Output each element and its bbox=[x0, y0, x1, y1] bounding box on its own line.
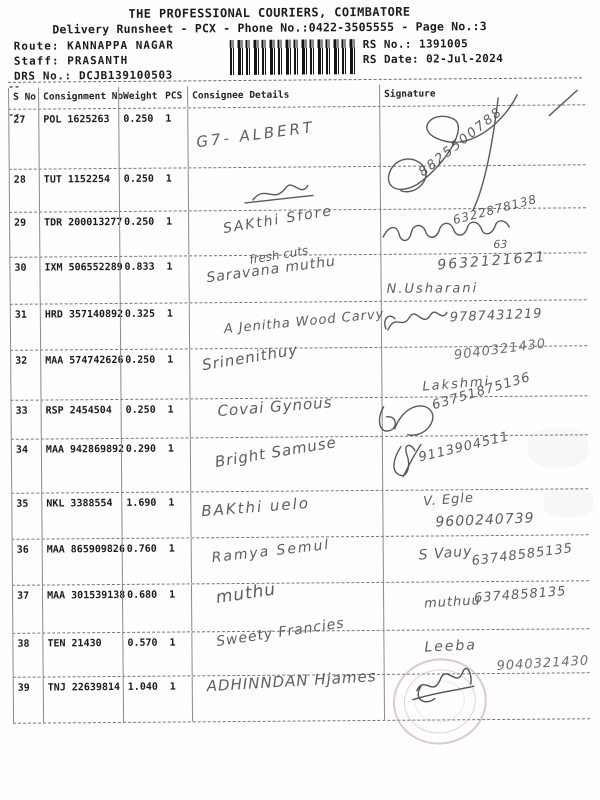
cell-s-no: 30 bbox=[9, 258, 39, 304]
table-row: 28 TUT 1152254 0.250 1 bbox=[9, 165, 586, 213]
cell-consignment: POL 1625263 bbox=[38, 109, 118, 169]
col-pcs: PCS bbox=[155, 86, 187, 107]
cell-weight: 0.250 bbox=[118, 109, 155, 168]
cell-signature bbox=[382, 489, 588, 536]
table-row: 30 IXM 506552289 0.833 1 bbox=[9, 253, 586, 305]
cell-weight: 0.570 bbox=[122, 633, 159, 676]
cell-consignment: MAA 942869892 bbox=[41, 439, 121, 493]
table-row: 36 MAA 865909826 0.760 1 bbox=[12, 535, 589, 586]
cell-consignment: HRD 357140892 bbox=[40, 304, 120, 350]
cell-consignee bbox=[187, 107, 379, 168]
cell-weight: 0.680 bbox=[122, 585, 159, 632]
cell-consignment: NKL 3388554 bbox=[41, 493, 121, 539]
cell-consignment: MAA 301539138 bbox=[42, 585, 122, 633]
cell-consignment: IXM 506552289 bbox=[39, 257, 119, 304]
table-row: 29 TDR 200013277 0.250 1 bbox=[9, 208, 586, 258]
cell-weight: 0.325 bbox=[120, 304, 157, 349]
cell-s-no: 33 bbox=[11, 401, 41, 439]
cell-signature bbox=[384, 673, 590, 720]
table-row: 34 MAA 942869892 0.290 1 bbox=[11, 435, 588, 494]
cell-weight: 0.250 bbox=[121, 400, 158, 438]
cell-signature bbox=[380, 165, 586, 209]
cell-pcs: 1 bbox=[157, 303, 189, 348]
cell-consignee bbox=[191, 583, 383, 632]
cell-s-no: 36 bbox=[12, 540, 42, 585]
cell-pcs: 1 bbox=[156, 256, 188, 302]
scanned-runsheet-page: THE PROFESSIONAL COURIERS, COIMBATORE De… bbox=[0, 0, 600, 800]
col-consignment: Consignment No bbox=[38, 87, 118, 109]
table-row: 35 NKL 3388554 1.690 1 bbox=[11, 489, 588, 540]
cell-s-no: 29 bbox=[9, 213, 39, 257]
cell-s-no: 38 bbox=[12, 634, 42, 677]
table-body: 27 POL 1625263 0.250 1 28 TUT 1152254 0.… bbox=[8, 105, 590, 724]
cell-signature bbox=[383, 629, 589, 674]
cell-consignee bbox=[190, 437, 382, 492]
cell-consignment: MAA 865909826 bbox=[42, 539, 122, 585]
cell-weight: 0.250 bbox=[120, 350, 157, 399]
cell-pcs: 1 bbox=[160, 676, 192, 721]
cell-consignee bbox=[192, 675, 384, 722]
staff-line: Staff: PRASANTH bbox=[14, 54, 128, 68]
cell-weight: 0.833 bbox=[119, 257, 156, 303]
cell-s-no: 27 bbox=[8, 110, 38, 169]
cell-weight: 0.760 bbox=[122, 539, 159, 584]
cell-pcs: 1 bbox=[159, 584, 191, 631]
document: THE PROFESSIONAL COURIERS, COIMBATORE De… bbox=[0, 0, 600, 800]
cell-consignee bbox=[189, 348, 381, 399]
cell-s-no: 35 bbox=[11, 494, 41, 539]
cell-consignee bbox=[189, 302, 381, 349]
cell-signature bbox=[380, 208, 586, 254]
cell-weight: 0.250 bbox=[119, 212, 156, 256]
cell-pcs: 1 bbox=[155, 108, 187, 167]
rs-date-value: 02-Jul-2024 bbox=[426, 52, 503, 66]
col-weight: Weight bbox=[118, 87, 155, 108]
cell-pcs: 1 bbox=[158, 492, 190, 537]
cell-signature bbox=[381, 300, 587, 347]
cell-s-no: 34 bbox=[11, 440, 41, 493]
cell-pcs: 1 bbox=[156, 168, 188, 210]
route-label: Route: bbox=[14, 39, 60, 52]
cell-consignee bbox=[188, 167, 380, 211]
cell-signature bbox=[381, 346, 587, 397]
cell-pcs: 1 bbox=[158, 399, 190, 437]
cell-consignee bbox=[188, 255, 380, 303]
rs-no-line: RS No.: 1391005 bbox=[363, 37, 468, 51]
table-row: 27 POL 1625263 0.250 1 bbox=[8, 105, 585, 170]
cell-pcs: 1 bbox=[158, 438, 190, 491]
cell-s-no: 32 bbox=[10, 351, 40, 400]
rs-date-label: RS Date: bbox=[363, 53, 419, 66]
cell-signature bbox=[380, 253, 586, 301]
rs-no-value: 1391005 bbox=[419, 37, 468, 50]
cell-signature bbox=[383, 581, 589, 630]
cell-consignment: TUT 1152254 bbox=[39, 169, 119, 212]
table-row: 39 TNJ 22639814 1.040 1 bbox=[13, 673, 590, 724]
cell-weight: 0.250 bbox=[119, 169, 156, 211]
table-row: 31 HRD 357140892 0.325 1 bbox=[10, 300, 587, 351]
col-s-no: S No bbox=[8, 88, 38, 109]
cell-consignee bbox=[191, 631, 383, 676]
barcode bbox=[230, 39, 356, 75]
cell-weight: 1.040 bbox=[123, 677, 160, 722]
table-row: 33 RSP 2454504 0.250 1 bbox=[11, 396, 588, 440]
cell-weight: 1.690 bbox=[121, 493, 158, 538]
runsheet-table: S No Consignment No Weight PCS Consignee… bbox=[8, 83, 590, 724]
cell-s-no: 31 bbox=[10, 305, 40, 350]
table-row: 37 MAA 301539138 0.680 1 bbox=[12, 581, 589, 634]
cell-consignee bbox=[188, 210, 380, 256]
col-consignee: Consignee Details bbox=[187, 85, 379, 108]
staff-label: Staff: bbox=[14, 54, 60, 67]
cell-consignee bbox=[191, 537, 383, 584]
cell-s-no: 37 bbox=[12, 586, 42, 633]
rs-no-label: RS No.: bbox=[363, 38, 412, 51]
cell-consignment: TDR 200013277 bbox=[39, 212, 119, 257]
route-value: KANNAPPA NAGAR bbox=[67, 39, 174, 53]
cell-consignment: TEN 21430 bbox=[42, 633, 122, 677]
cell-consignment: RSP 2454504 bbox=[41, 400, 121, 439]
cell-weight: 0.290 bbox=[121, 439, 158, 492]
cell-signature bbox=[382, 396, 588, 436]
cell-consignment: MAA 574742626 bbox=[40, 350, 120, 400]
cell-s-no: 28 bbox=[9, 170, 39, 212]
staff-value: PRASANTH bbox=[67, 54, 128, 67]
cell-consignee bbox=[190, 398, 382, 438]
rs-date-line: RS Date: 02-Jul-2024 bbox=[363, 52, 504, 66]
cell-consignee bbox=[190, 491, 382, 538]
cell-consignment: TNJ 22639814 bbox=[43, 677, 123, 723]
cell-pcs: 1 bbox=[156, 211, 188, 255]
route-line: Route: KANNAPPA NAGAR bbox=[14, 39, 174, 53]
cell-s-no: 39 bbox=[13, 678, 43, 723]
table-row: 38 TEN 21430 0.570 1 bbox=[12, 629, 589, 678]
cell-pcs: 1 bbox=[159, 538, 191, 583]
runsheet-subtitle: Delivery Runsheet - PCX - Phone No.:0422… bbox=[0, 19, 540, 37]
cell-pcs: 1 bbox=[159, 632, 191, 675]
col-signature: Signature bbox=[379, 83, 585, 106]
cell-signature bbox=[383, 535, 589, 582]
cell-signature bbox=[379, 105, 585, 166]
table-row: 32 MAA 574742626 0.250 1 bbox=[10, 346, 587, 401]
cell-signature bbox=[382, 435, 588, 490]
cell-pcs: 1 bbox=[157, 349, 189, 398]
